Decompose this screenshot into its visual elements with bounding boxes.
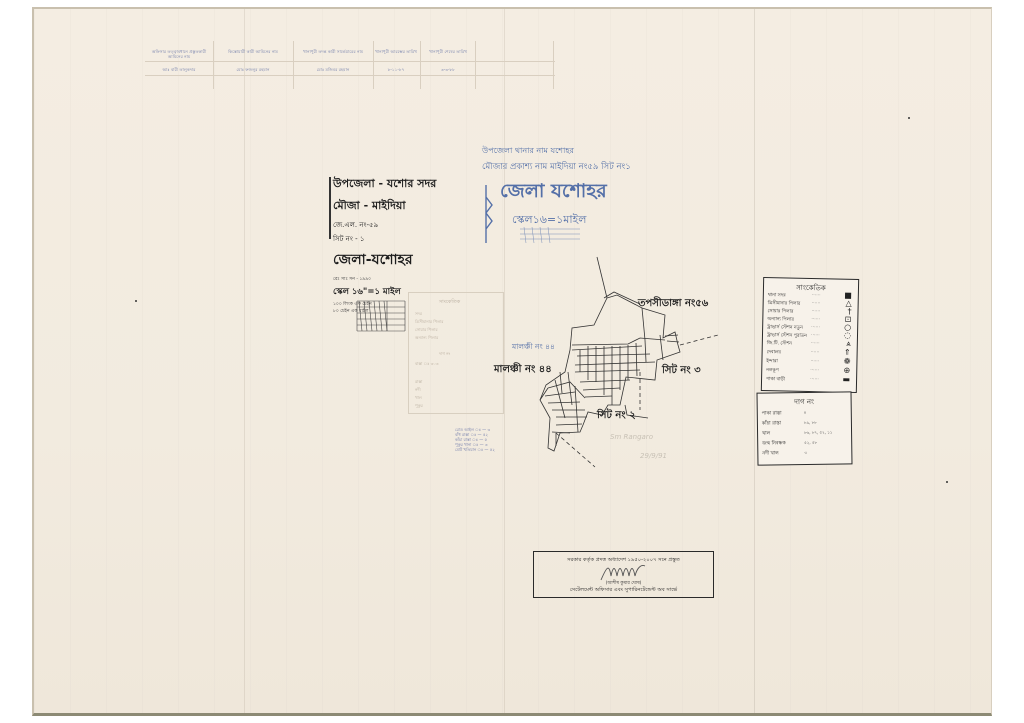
map-label-south: সিট নং ২ (597, 408, 636, 425)
well-icon: ❁ (844, 357, 851, 366)
signatory-name: (আশীষ কুমার ঘোষ) (534, 580, 713, 587)
plot-numbers-box: দাগ নং পাকা রাস্তা৪ কাঁচা রাস্তা৮৯, ৮৮ খ… (756, 391, 852, 465)
certification-box: সরকার কর্তৃক প্রদত্ত অধ্যাদেশ ১৯৫০-২০০৭ … (533, 551, 714, 598)
plot-number-value: ৪ (804, 410, 807, 417)
map-notes: রোড আইল ঃ — ৩ বাঁধ রাস্তা ঃ — ৫২ কাঁচা র… (455, 427, 495, 452)
tubewell-icon: ⊕ (843, 366, 850, 375)
punch-dot (946, 481, 948, 483)
signature-mark (599, 562, 649, 582)
map-label-west-blue: মালঞ্চী নং ৪৪ (512, 342, 555, 354)
plot-number-value: ৮৬, ৮৭, ৫২, ১১ (804, 430, 833, 437)
punch-dot (135, 300, 137, 302)
temple-icon: ⇑ (844, 348, 851, 357)
plot-number-value: ৮৯, ৮৮ (804, 420, 817, 427)
map-label-north: তপসীডাঙ্গা নং৫৬ (638, 296, 708, 313)
plot-number-value: ৫২, ৫৮ (804, 440, 817, 447)
gt-station-icon: ⩓ (846, 339, 851, 348)
punch-dot (908, 117, 910, 119)
pencil-annotation: Sm Rangaro (610, 433, 653, 441)
map-label-east: সিট নং ৩ (662, 363, 701, 380)
map-label-west: মালঞ্চী নং ৪৪ (494, 362, 552, 379)
plot-numbers-title: দাগ নং (758, 395, 851, 408)
plot-number-value: ৩ (804, 450, 807, 457)
pucca-house-icon: ▬ (842, 375, 850, 384)
signatory-title: সেটেলমেন্ট অফিসার এবং সুপারিনটেন্ডেন্ট অ… (534, 587, 713, 595)
pencil-annotation: 29/9/91 (640, 452, 667, 460)
legend-box: সাংকেতিক থানা সদর......■ ত্রিসীমানার পিল… (761, 277, 859, 393)
